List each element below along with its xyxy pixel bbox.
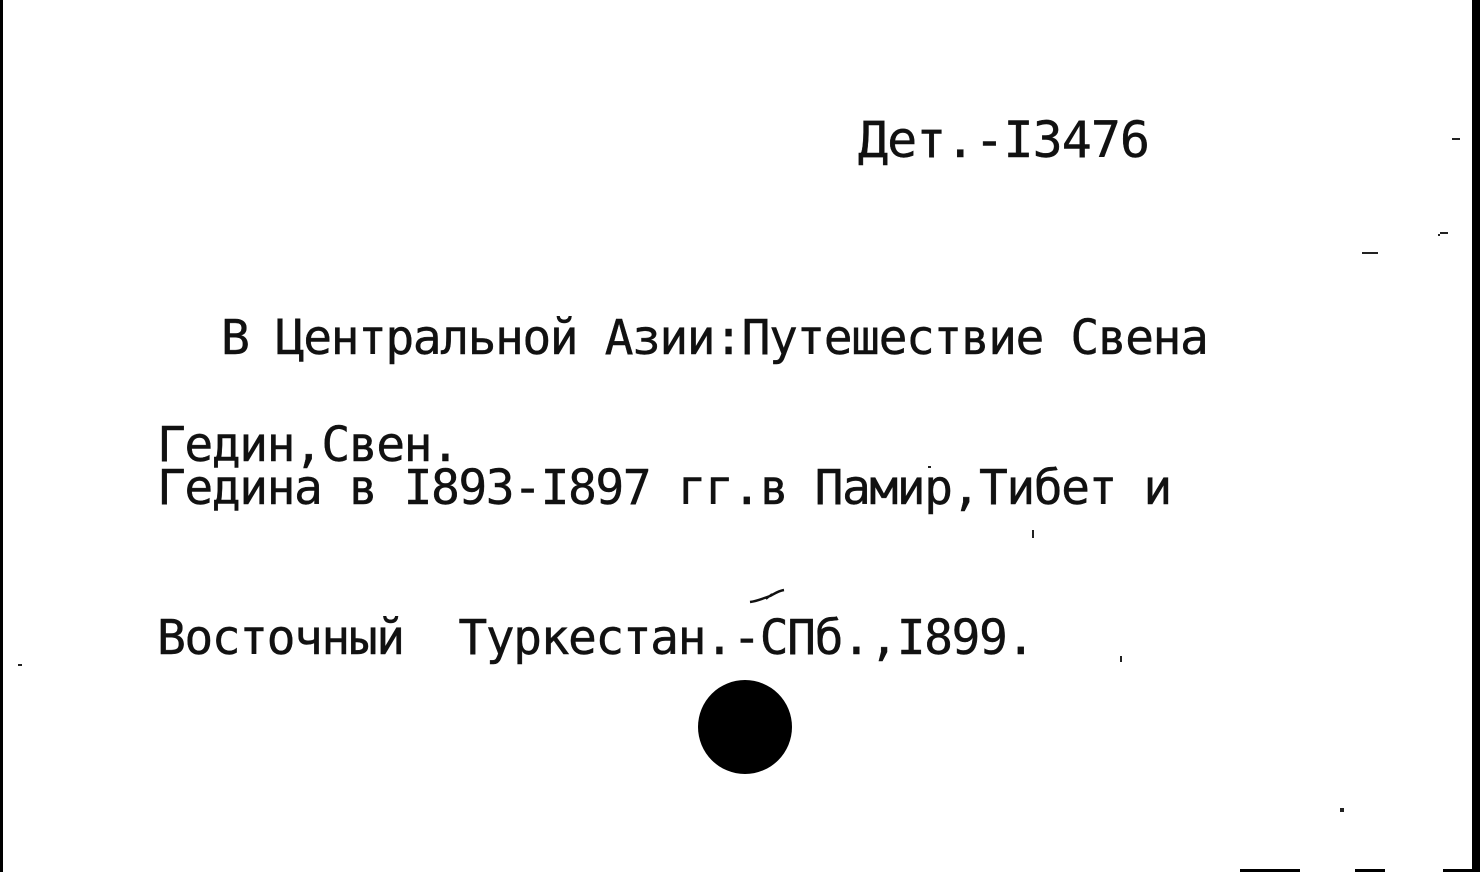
scan-speck — [1452, 138, 1460, 140]
scan-speck — [1362, 252, 1378, 254]
scan-speck — [18, 664, 22, 666]
scan-speck — [1120, 656, 1122, 662]
catalog-card: Дет.-I3476 В Центральной Азии:Путешестви… — [0, 0, 1480, 872]
bibliographic-title: В Центральной Азии:Путешествие Свена Гед… — [157, 213, 1207, 763]
card-right-edge — [1472, 0, 1480, 872]
scan-speck — [1438, 234, 1440, 236]
title-line: В Центральной Азии:Путешествие Свена — [157, 313, 1207, 363]
ink-scribble-mark — [748, 586, 788, 606]
call-number: Дет.-I3476 — [858, 110, 1149, 170]
punch-hole — [698, 680, 792, 774]
author-heading: Гедин,Свен. — [157, 418, 458, 472]
scan-speck — [928, 466, 931, 468]
scan-speck — [1340, 808, 1344, 812]
title-line: Восточный Туркестан.-СПб.,I899. — [157, 613, 1207, 663]
card-left-edge — [0, 0, 3, 872]
scan-speck — [1440, 232, 1448, 234]
scan-speck — [1032, 530, 1034, 538]
